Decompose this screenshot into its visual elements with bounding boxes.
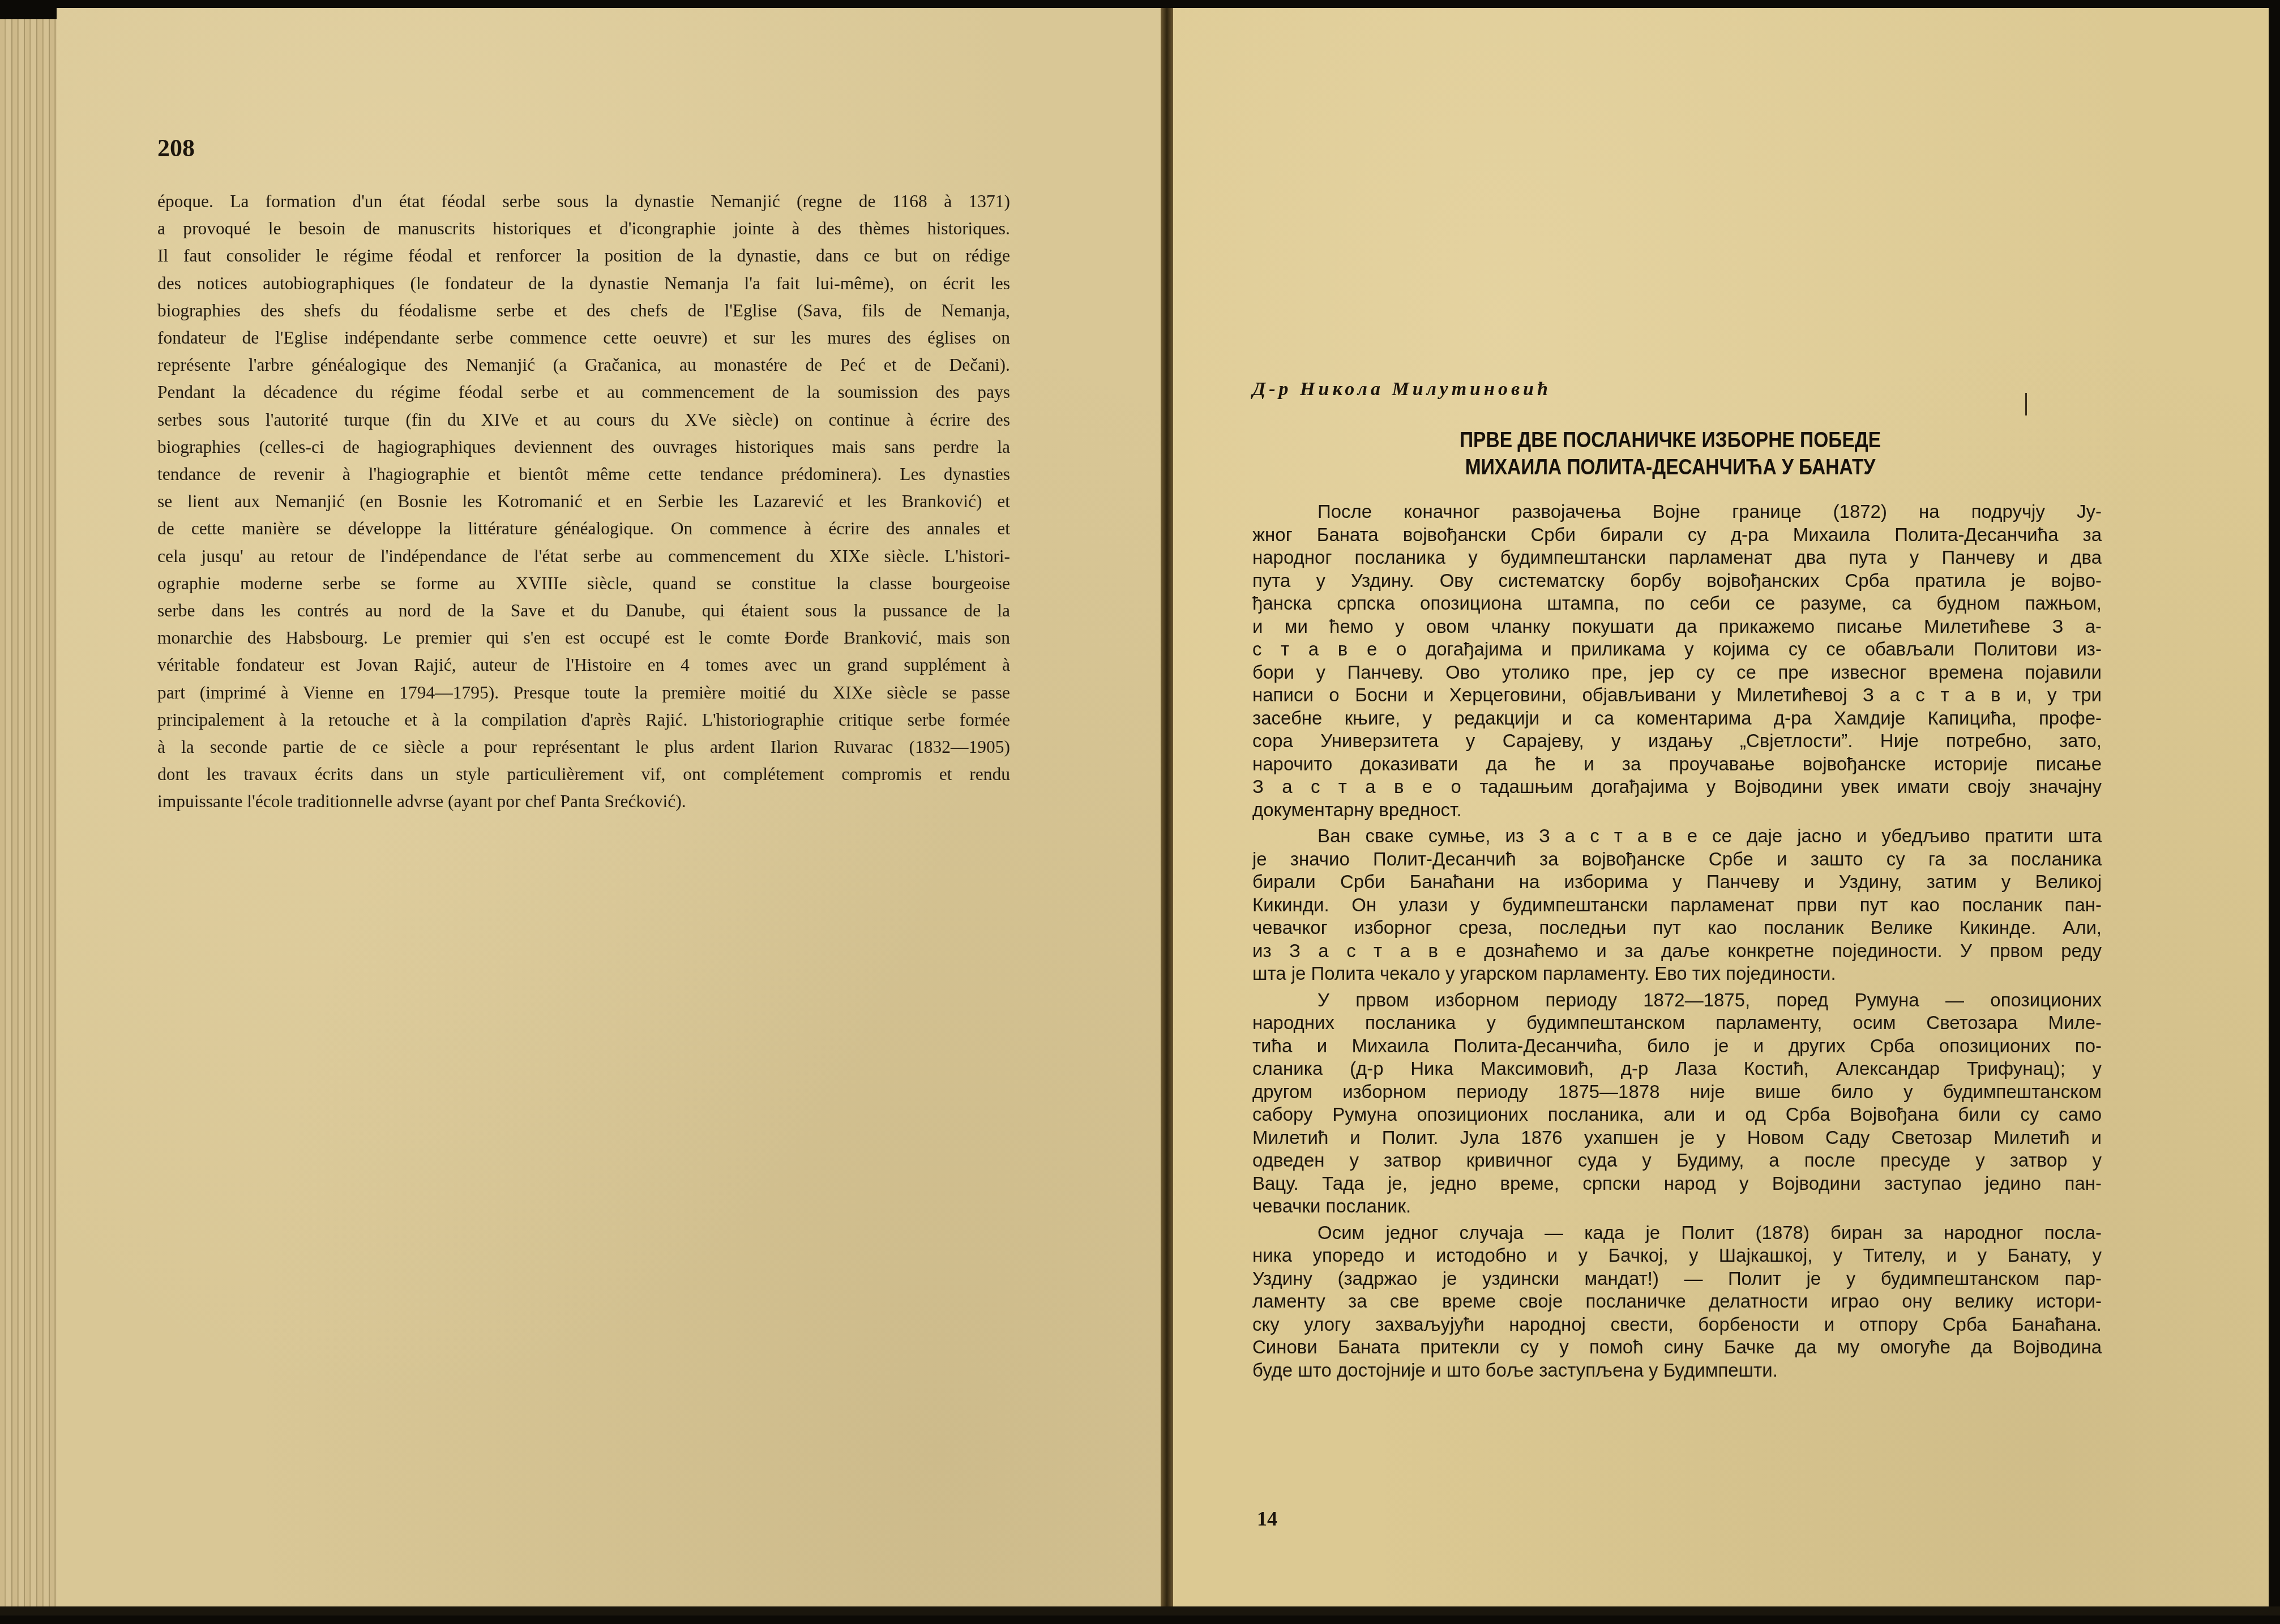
text-line: Милетић и Полит. Јула 1876 ухапшен је у …	[1252, 1126, 2102, 1150]
text-line: Кикинди. Он улази у будимпештански парла…	[1252, 894, 2102, 917]
text-line: tendance de revenir à l'hagiographie et …	[157, 461, 1010, 488]
text-line: сора Универзитета у Сарајеву, у издању „…	[1252, 730, 2102, 753]
text-line: Pendant la décadence du régime féodal se…	[157, 379, 1010, 406]
bottom-edge	[0, 1606, 2280, 1616]
text-line: de cette manière se développe la littéra…	[157, 515, 1010, 542]
text-line: part (imprimé à Vienne en 1794—1795). Pr…	[157, 679, 1010, 706]
right-page-number: 14	[1257, 1507, 1277, 1531]
page-stack-edges	[0, 19, 59, 1616]
text-line: У првом изборном периоду 1872—1875, поре…	[1252, 989, 2102, 1012]
text-line: бори у Панчеву. Ово утолико пре, јер су …	[1252, 661, 2102, 684]
article-author: Д-р Никола Милутиновић	[1252, 379, 1551, 400]
text-line: народних посланика у будимпештанском пар…	[1252, 1012, 2102, 1035]
text-line: monarchie des Habsbourg. Le premier qui …	[157, 624, 1010, 652]
text-line: serbes sous l'autorité turque (fin du XI…	[157, 406, 1010, 434]
text-line: пута у Уздину. Ову систематску борбу вој…	[1252, 569, 2102, 593]
text-line: жног Баната војвођански Срби бирали су д…	[1252, 524, 2102, 547]
text-line: и ми ћемо у овом чланку покушати да прик…	[1252, 615, 2102, 639]
text-line: se lient aux Nemanjić (en Bosnie les Kot…	[157, 488, 1010, 515]
text-line: из З а с т а в е дознаћемо и за даље кон…	[1252, 940, 2102, 963]
text-line: véritable fondateur est Jovan Rajić, aut…	[157, 652, 1010, 679]
text-line: fondateur de l'Eglise indépendante serbe…	[157, 324, 1010, 352]
book-spread: 208 époque. La formation d'un état féoda…	[0, 8, 2280, 1616]
text-line: с т а в е о догађајима и приликама у кој…	[1252, 638, 2102, 661]
margin-mark	[2025, 393, 2027, 415]
text-line: нарочито доказивати да ће и за проучавањ…	[1252, 753, 2102, 776]
text-line: époque. La formation d'un état féodal se…	[157, 188, 1010, 215]
text-line: représente l'arbre généalogique des Nema…	[157, 352, 1010, 379]
text-line: написи о Босни и Херцеговини, објављиван…	[1252, 684, 2102, 707]
text-line: Синови Баната притекли су у помоћ сину Б…	[1252, 1336, 2102, 1359]
text-line: Вацу. Тада је, једно време, српски народ…	[1252, 1172, 2102, 1195]
text-line: тића и Михаила Полита-Десанчића, било је…	[1252, 1035, 2102, 1058]
text-line: à la seconde partie de ce siècle a pour …	[157, 734, 1010, 761]
text-line: чевачког изборног среза, последњи пут ка…	[1252, 916, 2102, 940]
text-line: principalement à la retouche et à la com…	[157, 706, 1010, 734]
text-line: сабору Румуна опозиционих посланика, али…	[1252, 1103, 2102, 1126]
text-line: засебне књиге, у редакцији и са коментар…	[1252, 707, 2102, 730]
text-line: буде што достојније и што боље заступљен…	[1252, 1359, 2102, 1382]
text-line: ламенту за све време своје посланичке де…	[1252, 1290, 2102, 1313]
left-page-number: 208	[157, 134, 195, 162]
text-line: a provoqué le besoin de manuscrits histo…	[157, 215, 1010, 242]
book-gutter	[1161, 8, 1173, 1616]
article-title-line-2: МИХАИЛА ПОЛИТА-ДЕСАНЧИЋА У БАНАТУ	[1359, 454, 1982, 481]
text-line: Осим једног случаја — када је Полит (187…	[1252, 1222, 2102, 1245]
text-line: чевачки посланик.	[1252, 1195, 2102, 1218]
text-line: После коначног развојачења Војне границе…	[1252, 500, 2102, 524]
text-line: ographie moderne serbe se forme au XVIII…	[157, 570, 1010, 597]
text-line: народног посланика у будимпештански парл…	[1252, 546, 2102, 569]
text-line: impuissante l'école traditionnelle advrs…	[157, 788, 1010, 815]
text-line: cela jusqu' au retour de l'indépendance …	[157, 543, 1010, 570]
text-line: ника упоредо и истодобно и у Бачкој, у Ш…	[1252, 1244, 2102, 1267]
article-title: ПРВЕ ДВЕ ПОСЛАНИЧКЕ ИЗБОРНЕ ПОБЕДЕ МИХАИ…	[1359, 427, 1982, 481]
text-line: dont les travaux écrits dans un style pa…	[157, 761, 1010, 788]
text-line: З а с т а в е о тадашњим догађајима у Во…	[1252, 775, 2102, 799]
text-line: Ван сваке сумње, из З а с т а в е се дај…	[1252, 825, 2102, 848]
text-line: ђанска српска опозициона штампа, по себи…	[1252, 592, 2102, 615]
text-line: Уздину (задржао је уздински мандат!) — П…	[1252, 1267, 2102, 1291]
text-line: serbe dans les contrés au nord de la Sav…	[157, 597, 1010, 624]
text-line: је значио Полит-Десанчић за војвођанске …	[1252, 848, 2102, 871]
text-line: Il faut consolider le régime féodal et r…	[157, 242, 1010, 269]
article-title-line-1: ПРВЕ ДВЕ ПОСЛАНИЧКЕ ИЗБОРНЕ ПОБЕДЕ	[1359, 427, 1982, 454]
left-page-body-text: époque. La formation d'un état féodal se…	[157, 188, 1010, 816]
text-line: другом изборном периоду 1875—1878 није в…	[1252, 1081, 2102, 1104]
text-line: biographies (celles-ci de hagiographique…	[157, 434, 1010, 461]
text-line: сланика (д-р Ника Максимовић, д-р Лаза К…	[1252, 1057, 2102, 1081]
text-line: документарну вредност.	[1252, 799, 2102, 822]
text-line: шта је Полита чекало у угарском парламен…	[1252, 962, 2102, 985]
text-line: одведен у затвор кривичног суда у Будиму…	[1252, 1149, 2102, 1172]
text-line: biographies des shefs du féodalisme serb…	[157, 297, 1010, 324]
text-line: des notices autobiographiques (le fondat…	[157, 270, 1010, 297]
text-line: ску улогу захваљујући народној свести, б…	[1252, 1313, 2102, 1336]
text-line: бирали Срби Банаћани на изборима у Панче…	[1252, 871, 2102, 894]
right-page-body-text: После коначног развојачења Војне границе…	[1252, 500, 2102, 1382]
